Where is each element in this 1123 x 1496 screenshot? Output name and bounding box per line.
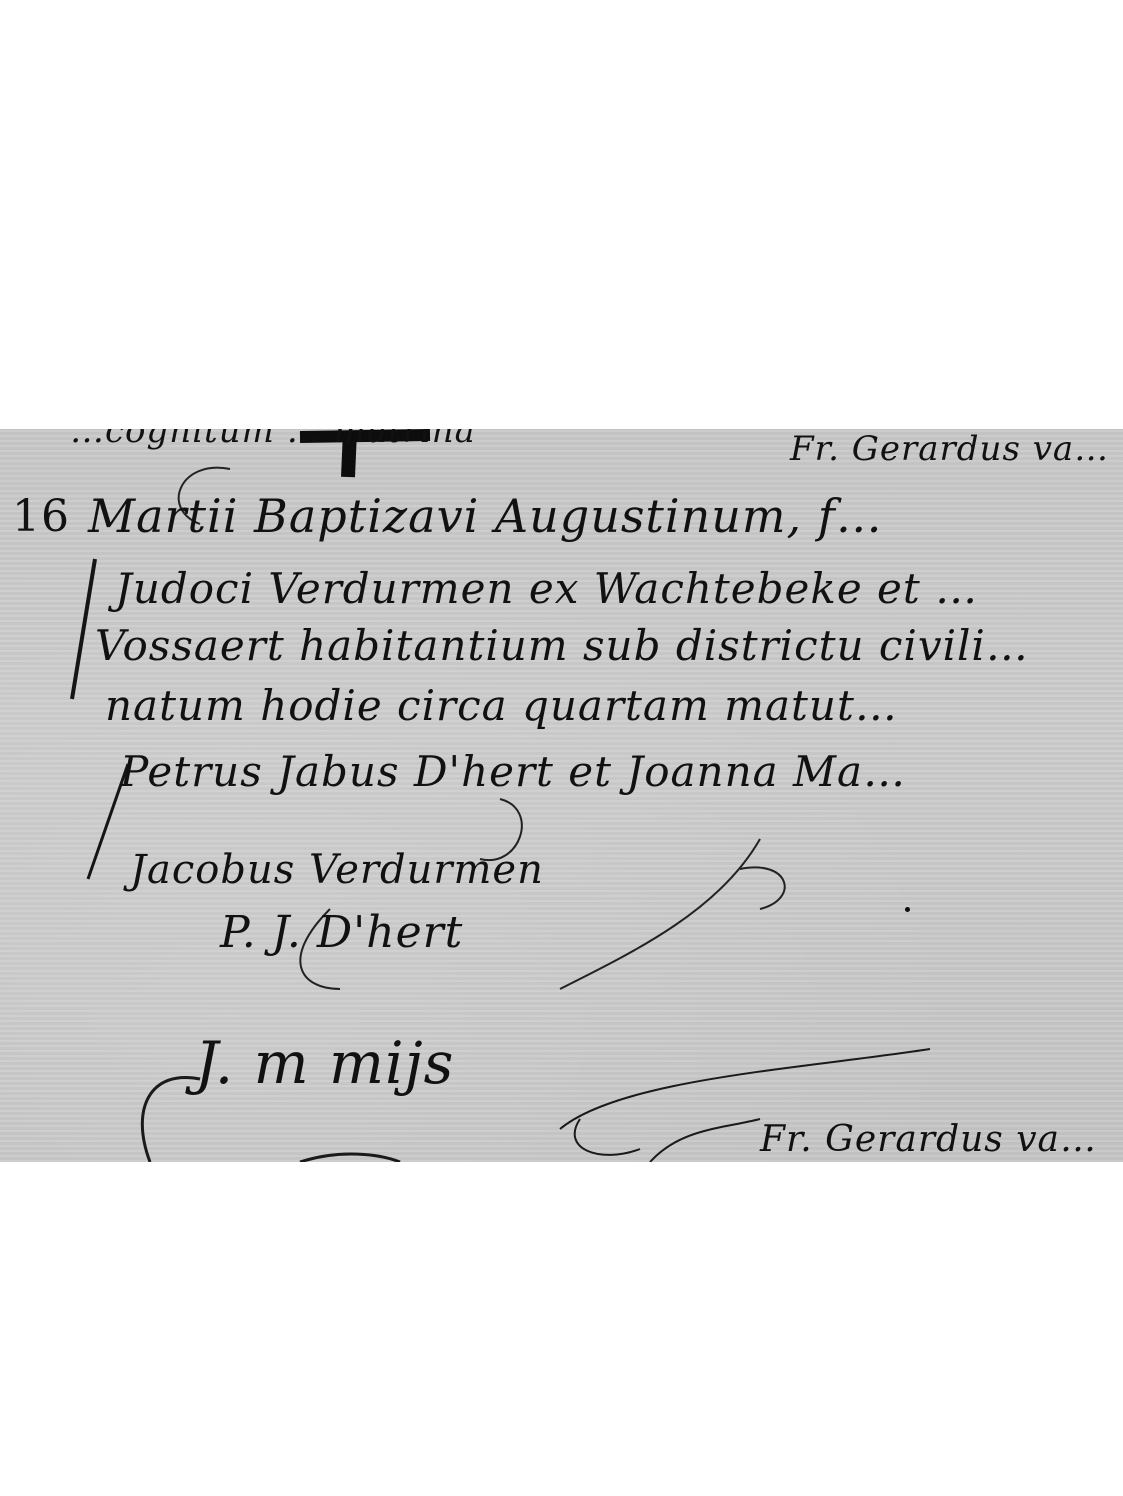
entry-line-1: Martii Baptizavi Augustinum, f… [88, 489, 883, 543]
signature-jacobus-verdurmen: Jacobus Verdurmen [130, 847, 544, 893]
signature-mijs: J. m mijs [195, 1029, 454, 1097]
signature-dhert: P. J. D'hert [220, 907, 463, 958]
header-partial-right: Fr. Gerardus va… [790, 429, 1109, 469]
header-partial-line: …cognitum … matrina [70, 429, 476, 451]
entry-line-4: natum hodie circa quartam matut… [105, 681, 898, 730]
ink-dot [905, 907, 910, 912]
entry-line-3: Vossaert habitantium sub districtu civil… [95, 621, 1029, 670]
entry-line-5: Petrus Jabus D'hert et Joanna Ma… [120, 747, 906, 796]
entry-line-2: Judoci Verdurmen ex Wachtebeke et … [115, 564, 978, 613]
signature-priest: Fr. Gerardus va… [760, 1119, 1097, 1160]
register-scan: …cognitum … matrina Fr. Gerardus va… 16 … [0, 429, 1123, 1162]
entry-day-number: 16 [12, 491, 70, 542]
